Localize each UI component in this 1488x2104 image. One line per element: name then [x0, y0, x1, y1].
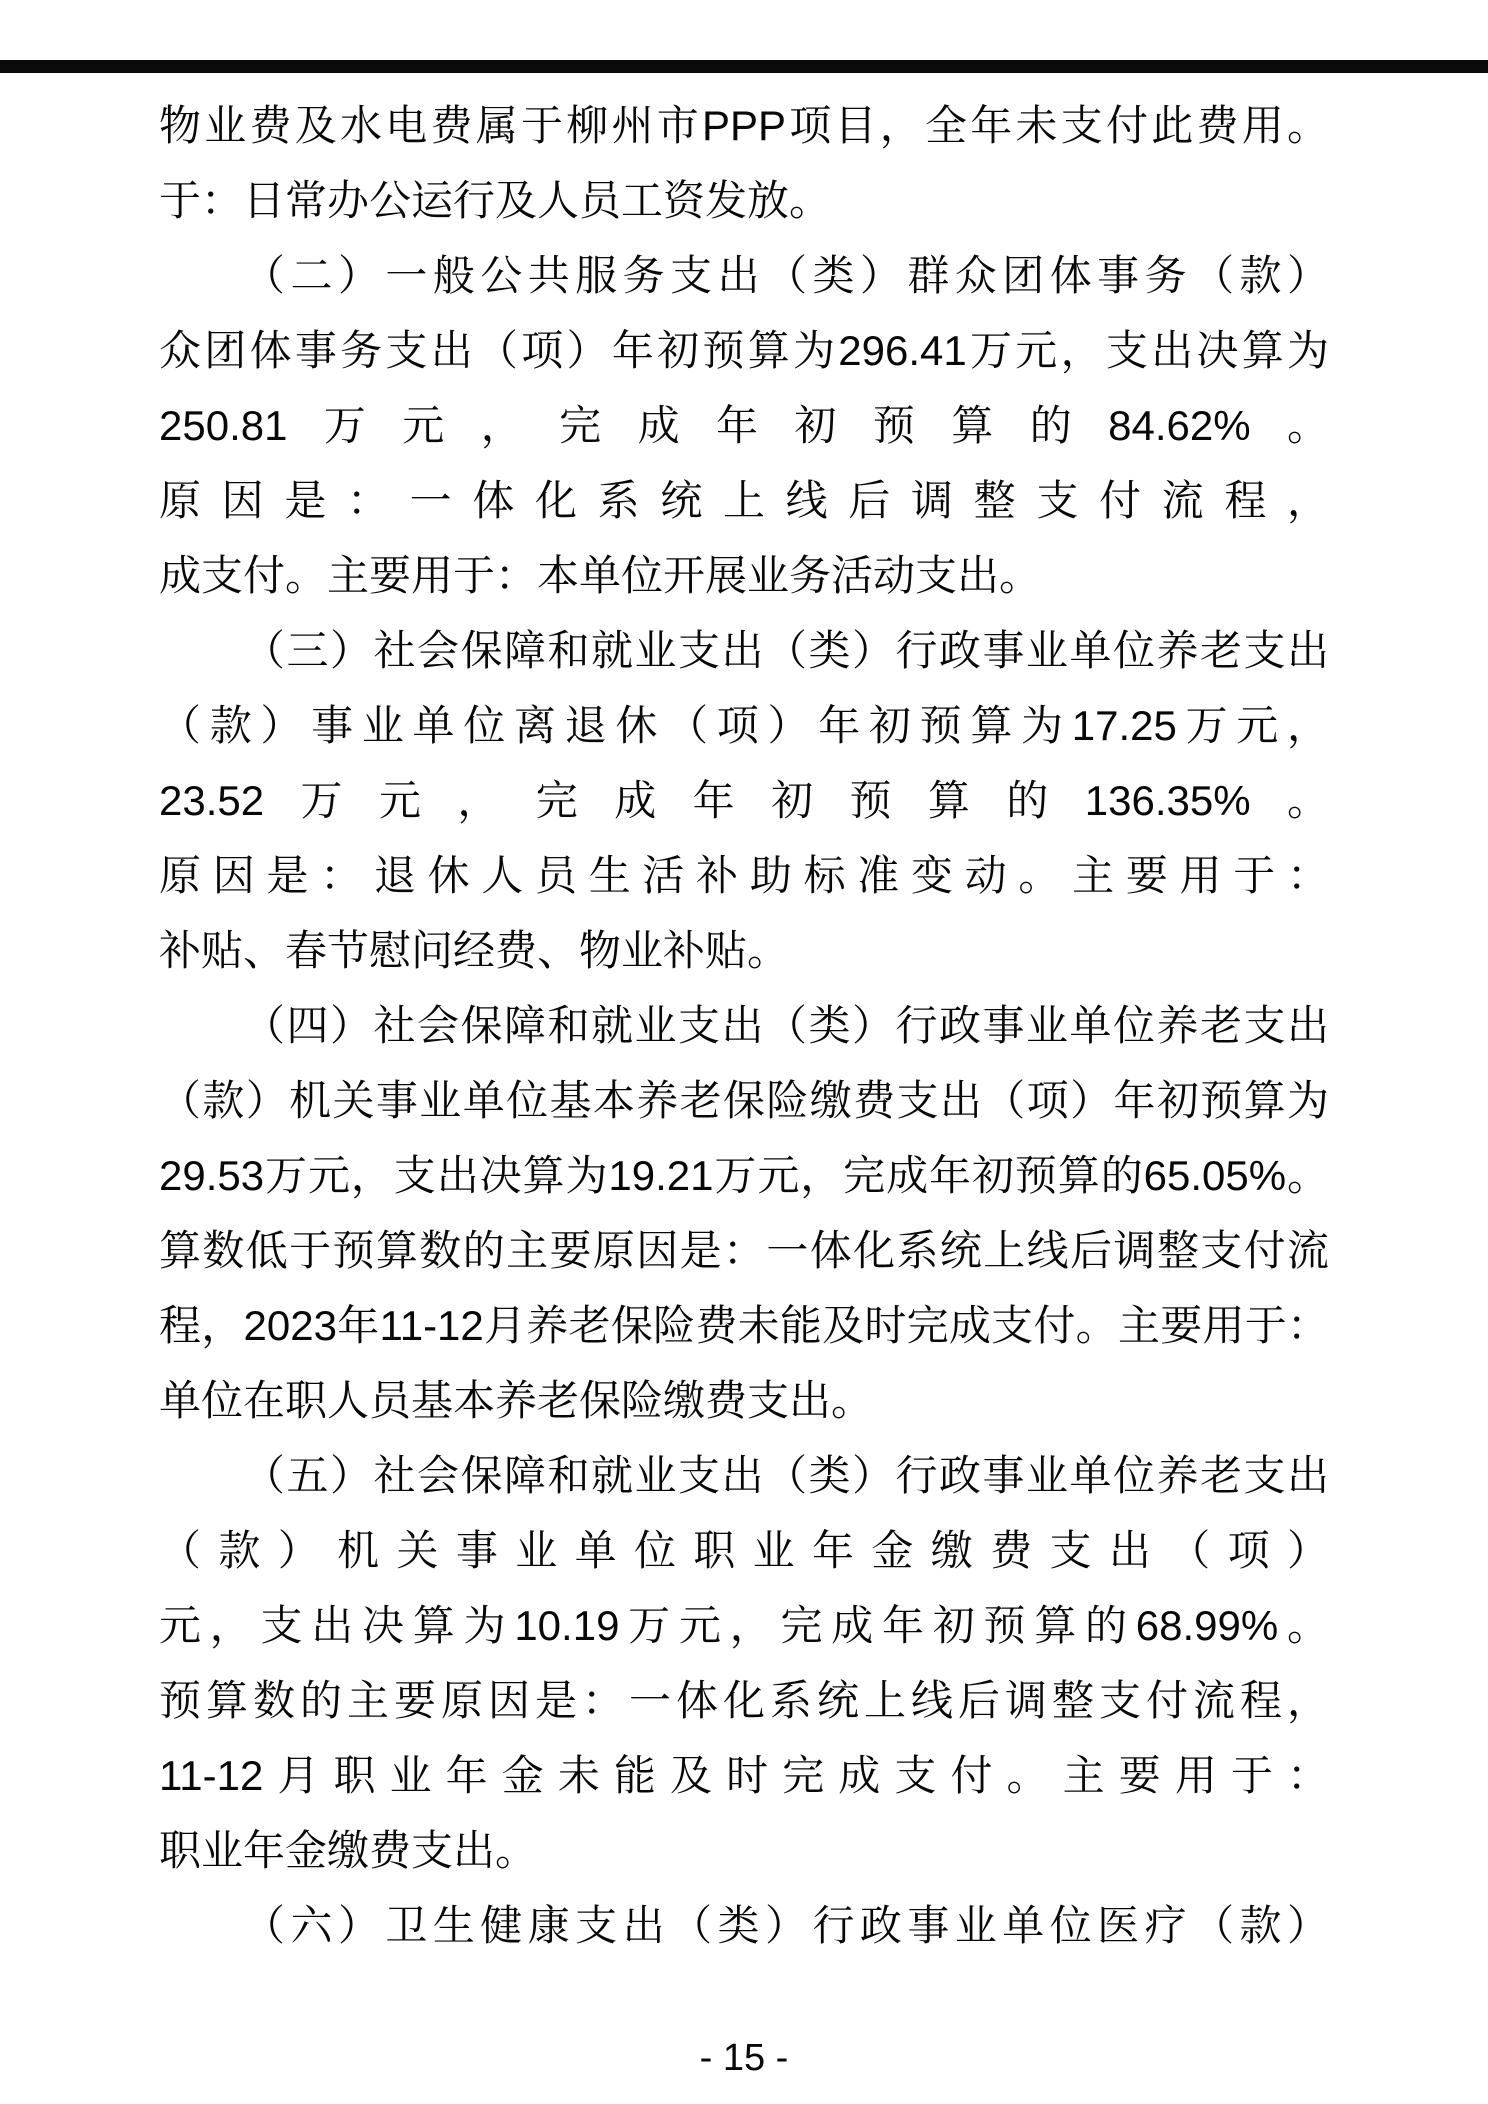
paragraph: 物业费及水电费属于柳州市PPP项目，全年未支付此费用。主要用于：日常办公运行及人… [159, 88, 1329, 238]
paragraph: （六）卫生健康支出（类）行政事业单位医疗（款）事业单 [159, 1888, 1329, 1963]
text-line: 补贴、春节慰问经费、物业补贴。 [159, 913, 1329, 988]
text-line: 职业年金缴费支出。 [159, 1813, 1329, 1888]
text-line: 元，支出决算为10.19万元，完成年初预算的68.99%。决算数低于 [159, 1588, 1329, 1663]
paragraph: （三）社会保障和就业支出（类）行政事业单位养老支出（款）事业单位离退休（项）年初… [159, 613, 1329, 988]
text-line: （三）社会保障和就业支出（类）行政事业单位养老支出 [159, 613, 1329, 688]
text-line: 原因是：退休人员生活补助标准变动。主要用于：退休人员生活 [159, 838, 1329, 913]
text-line: 成支付。主要用于：本单位开展业务活动支出。 [159, 538, 1329, 613]
document-body: 物业费及水电费属于柳州市PPP项目，全年未支付此费用。主要用于：日常办公运行及人… [159, 88, 1329, 1963]
text-line: 物业费及水电费属于柳州市PPP项目，全年未支付此费用。主要用 [159, 88, 1329, 163]
scan-edge-bar [0, 60, 1488, 73]
text-line: 单位在职人员基本养老保险缴费支出。 [159, 1363, 1329, 1438]
text-line: （款）事业单位离退休（项）年初预算为17.25万元，支出决算为 [159, 688, 1329, 763]
text-line: （五）社会保障和就业支出（类）行政事业单位养老支出 [159, 1438, 1329, 1513]
paragraph: （二）一般公共服务支出（类）群众团体事务（款）其他群众团体事务支出（项）年初预算… [159, 238, 1329, 613]
text-line: 众团体事务支出（项）年初预算为296.41万元，支出决算为 [159, 313, 1329, 388]
text-line: 11-12月职业年金未能及时完成支付。主要用于：本单位在职人员 [159, 1738, 1329, 1813]
text-line: （四）社会保障和就业支出（类）行政事业单位养老支出 [159, 988, 1329, 1063]
text-line: 程，2023年11-12月养老保险费未能及时完成支付。主要用于：本 [159, 1288, 1329, 1363]
text-line: 29.53万元，支出决算为19.21万元，完成年初预算的65.05%。决 [159, 1138, 1329, 1213]
text-line: 于：日常办公运行及人员工资发放。 [159, 163, 1329, 238]
text-line: 算数低于预算数的主要原因是：一体化系统上线后调整支付流 [159, 1213, 1329, 1288]
document-page: 物业费及水电费属于柳州市PPP项目，全年未支付此费用。主要用于：日常办公运行及人… [0, 0, 1488, 2104]
paragraph: （四）社会保障和就业支出（类）行政事业单位养老支出（款）机关事业单位基本养老保险… [159, 988, 1329, 1438]
paragraph: （五）社会保障和就业支出（类）行政事业单位养老支出（款）机关事业单位职业年金缴费… [159, 1438, 1329, 1888]
page-number: - 15 - [700, 2037, 789, 2079]
text-line: 预算数的主要原因是：一体化系统上线后调整支付流程，2023年 [159, 1663, 1329, 1738]
text-line: （二）一般公共服务支出（类）群众团体事务（款）其他群 [159, 238, 1329, 313]
text-line: （款）机关事业单位基本养老保险缴费支出（项）年初预算为 [159, 1063, 1329, 1138]
text-line: （款）机关事业单位职业年金缴费支出（项）年初预算为14.77万 [159, 1513, 1329, 1588]
text-line: 原因是：一体化系统上线后调整支付流程，部分费用未能及时完 [159, 463, 1329, 538]
text-line: （六）卫生健康支出（类）行政事业单位医疗（款）事业单 [159, 1888, 1329, 1963]
text-line: 23.52万元，完成年初预算的136.35%。决算数高于预算数的主要 [159, 763, 1329, 838]
text-line: 250.81万元，完成年初预算的84.62%。决算数低于预算数的主要 [159, 388, 1329, 463]
